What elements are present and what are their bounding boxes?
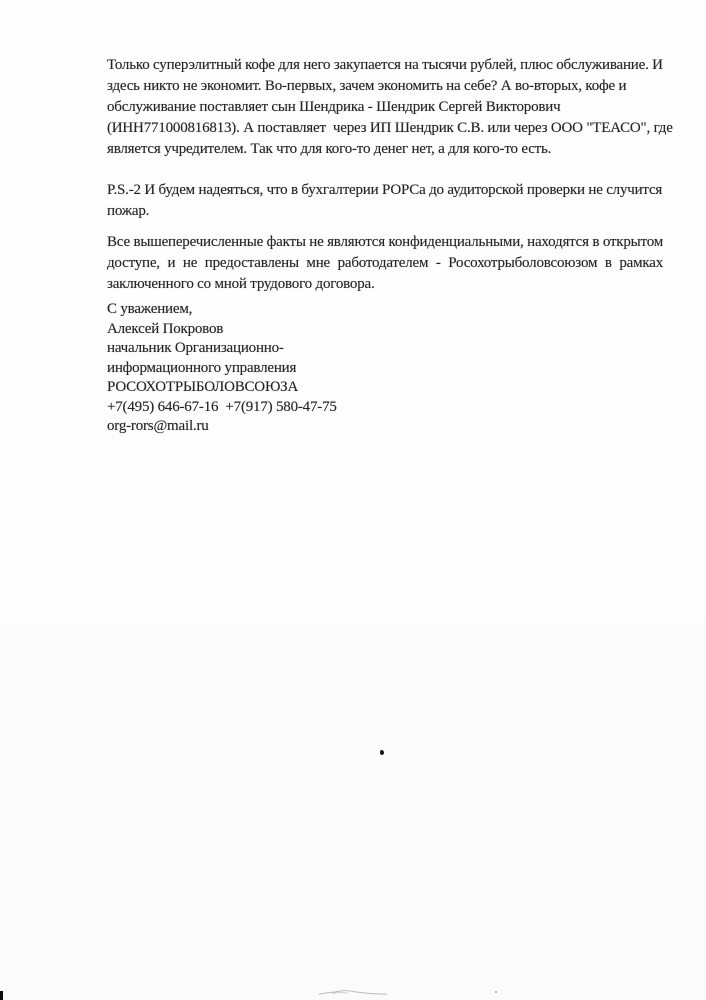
sender-title-line-2: информационного управления	[107, 359, 663, 379]
email-address: org-rors@mail.ru	[107, 417, 663, 437]
text-line: доступе, и не предоставлены мне работода…	[107, 253, 663, 274]
signature-regards: С уважением,	[107, 300, 663, 320]
text-line: здесь никто не экономит. Во-первых, заче…	[107, 76, 663, 97]
pencil-smudge	[318, 984, 388, 993]
text-line: заключенного со мной трудового договора.	[107, 274, 663, 295]
signature-block: С уважением, Алексей Покровов начальник …	[107, 300, 663, 437]
paragraph-coffee-supplier: Только суперэлитный кофе для него закупа…	[107, 55, 663, 160]
organization-name: РОСОХОТРЫБОЛОВСОЮЗА	[107, 378, 663, 398]
text-line: P.S.-2 И будем надеяться, что в бухгалте…	[107, 180, 663, 201]
scan-edge-mark	[0, 991, 3, 1000]
paragraph-ps2: P.S.-2 И будем надеяться, что в бухгалте…	[107, 180, 663, 222]
sender-title-line-1: начальник Организационно-	[107, 339, 663, 359]
sender-name: Алексей Покровов	[107, 320, 663, 340]
text-line: Только суперэлитный кофе для него закупа…	[107, 55, 663, 76]
phone-numbers: +7(495) 646-67-16 +7(917) 580-47-75	[107, 398, 663, 418]
ink-dot	[380, 750, 384, 755]
text-line: пожар.	[107, 201, 663, 222]
paragraph-confidentiality: Все вышеперечисленные факты не являются …	[107, 232, 663, 295]
letter-body: Только суперэлитный кофе для него закупа…	[107, 55, 663, 437]
text-line: Все вышеперечисленные факты не являются …	[107, 232, 663, 253]
text-line: обслуживание поставляет сын Шендрика - Ш…	[107, 97, 663, 118]
text-line: является учредителем. Так что для кого-т…	[107, 139, 663, 160]
text-line: (ИНН771000816813). А поставляет через ИП…	[107, 118, 663, 139]
scanned-letter-page: Только суперэлитный кофе для него закупа…	[0, 0, 706, 1000]
faint-speck	[495, 991, 497, 993]
